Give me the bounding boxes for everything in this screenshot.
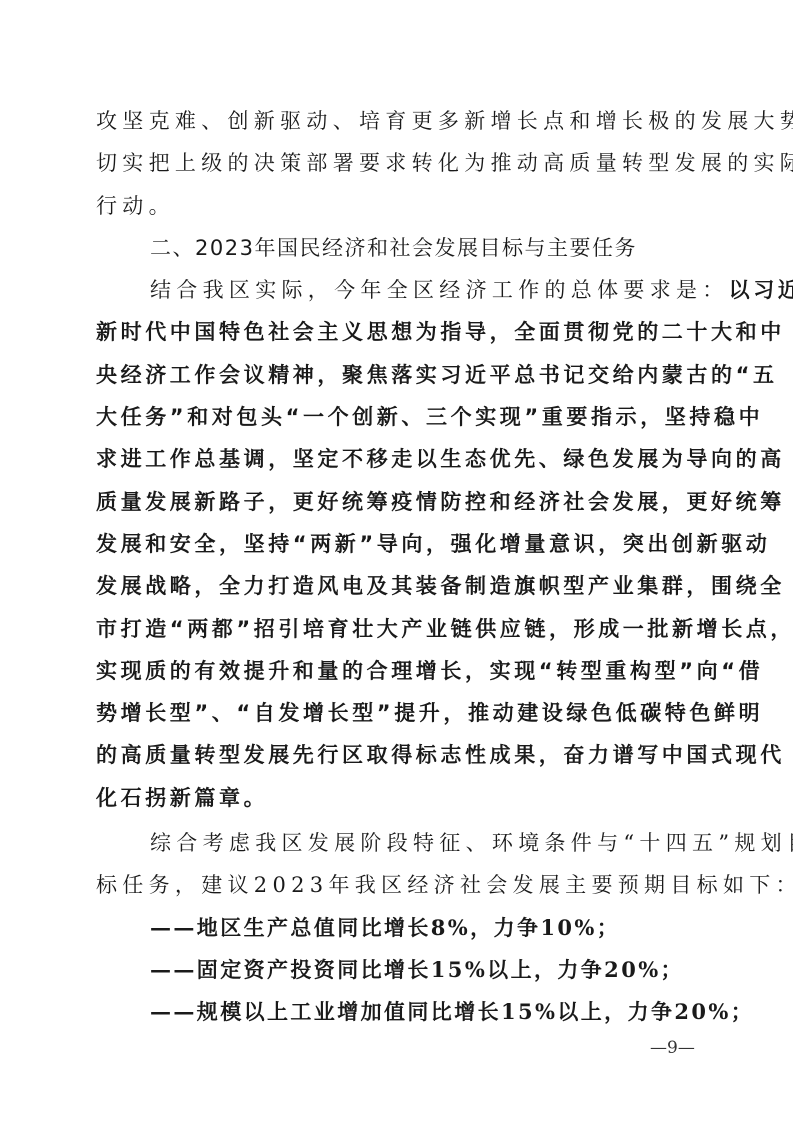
bold-text-line: 新时代中国特色社会主义思想为指导，全面贯彻党的二十大和中 — [96, 311, 700, 353]
body-text-line: 攻坚克难、创新驱动、培育更多新增长点和增长极的发展大势， — [96, 100, 700, 142]
body-text-line: 切实把上级的决策部署要求转化为推动高质量转型发展的实际 — [96, 142, 700, 184]
section-heading: 二、2023年国民经济和社会发展目标与主要任务 — [96, 227, 700, 269]
bold-text-line: 的高质量转型发展先行区取得标志性成果，奋力谱写中国式现代 — [96, 734, 700, 776]
bold-text-line: 央经济工作会议精神，聚焦落实习近平总书记交给内蒙古的“五 — [96, 354, 700, 396]
bold-text-line: 求进工作总基调，坚定不移走以生态优先、绿色发展为导向的高 — [96, 438, 700, 480]
bold-text-line: 大任务”和对包头“一个创新、三个实现”重要指示，坚持稳中 — [96, 396, 700, 438]
bold-text-line: 发展和安全，坚持“两新”导向，强化增量意识，突出创新驱动 — [96, 523, 700, 565]
overall-requirement-intro: 结合我区实际，今年全区经济工作的总体要求是： — [150, 278, 729, 302]
target-item-industrial-value: ——规模以上工业增加值同比增长15%以上，力争20%； — [96, 991, 700, 1033]
body-text-line: 标任务，建议2023年我区经济社会发展主要预期目标如下： — [96, 864, 700, 906]
target-item-fixed-investment: ——固定资产投资同比增长15%以上，力争20%； — [96, 949, 700, 991]
bold-text-line: 市打造“两都”招引培育壮大产业链供应链，形成一批新增长点， — [96, 608, 700, 650]
body-text-line: 行动。 — [96, 185, 700, 227]
bold-text-line: 实现质的有效提升和量的合理增长，实现“转型重构型”向“借 — [96, 650, 700, 692]
body-text-line: 综合考虑我区发展阶段特征、环境条件与“十四五”规划目 — [96, 822, 700, 864]
bold-text: 以习近平 — [729, 278, 793, 302]
bold-text-line: 质量发展新路子，更好统筹疫情防控和经济社会发展，更好统筹 — [96, 481, 700, 523]
bold-text-line: 势增长型”、“自发增长型”提升，推动建设绿色低碳特色鲜明 — [96, 692, 700, 734]
bold-text-line: 化石拐新篇章。 — [96, 777, 700, 819]
body-text-line: 结合我区实际，今年全区经济工作的总体要求是：以习近平 — [96, 269, 700, 311]
document-page: 攻坚克难、创新驱动、培育更多新增长点和增长极的发展大势， 切实把上级的决策部署要… — [96, 100, 700, 1034]
target-item-gdp: ——地区生产总值同比增长8%，力争10%； — [96, 907, 700, 949]
page-number: —9— — [650, 1038, 695, 1058]
bold-text-line: 发展战略，全力打造风电及其装备制造旗帜型产业集群，围绕全 — [96, 565, 700, 607]
